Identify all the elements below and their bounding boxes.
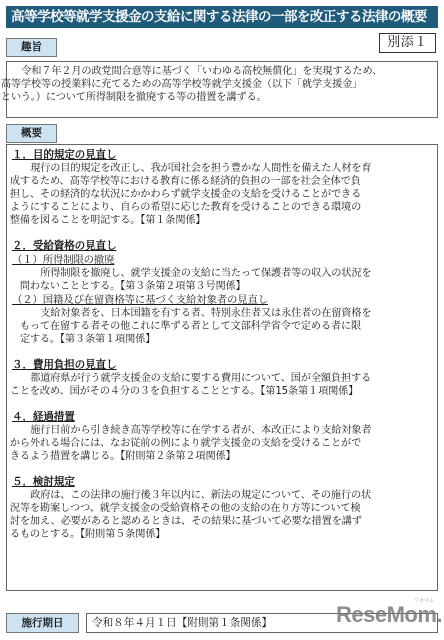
attachment-label: 別添１ xyxy=(379,33,436,53)
section-transitional-measures: ４．経過措置 施行日前から引き続き高等学校等に在学する者が、本改正により支給対象… xyxy=(16,410,430,463)
summary-label: 概要 xyxy=(6,124,57,143)
section-eligibility: ２．受給資格の見直し （１）所得制限の撤廃 所得制限を撤廃し、就学支援金の支給に… xyxy=(16,239,430,346)
effective-date-label: 施行期日 xyxy=(6,613,79,633)
summary-box: １．目的規定の見直し 現行の目的規定を改正し、我が国社会を担う豊かな人間性を備え… xyxy=(6,144,438,591)
section-heading: ２．受給資格の見直し xyxy=(12,239,430,253)
logo-text: ReseMom. xyxy=(336,602,442,627)
logo-ruby: リセマム xyxy=(414,598,434,604)
section-body: 施行日前から引き続き高等学校等に在学する者が、本改正により支給対象者 から外れる… xyxy=(20,424,430,463)
resemom-logo: ReseMom. リセマム xyxy=(336,600,440,630)
purpose-box: 令和７年２月の政党間合意等に基づく「いわゆる高校無償化」を実現するため、 高等学… xyxy=(6,61,438,118)
section-heading: ３．費用負担の見直し xyxy=(12,358,430,372)
section-body: 政府は、この法律の施行後３年以内に、新法の規定について、その施行の状 況等を勘案… xyxy=(20,489,430,541)
purpose-label: 趣旨 xyxy=(6,38,57,57)
purpose-text: 令和７年２月の政党間合意等に基づく「いわゆる高校無償化」を実現するため、 高等学… xyxy=(11,65,433,104)
subsection-heading: （２）国籍及び在留資格等に基づく支給対象者の見直し xyxy=(12,293,430,307)
subsection-heading: （１）所得制限の撤廃 xyxy=(12,253,430,267)
subsection-body: 所得制限を撤廃し、就学支援金の支給に当たって保護者等の収入の状況を 問わないこと… xyxy=(30,267,430,293)
section-heading: ５．検討規定 xyxy=(12,475,430,489)
section-cost-sharing: ３．費用負担の見直し 都道府県が行う就学支援金の支給に要する費用について、国が全… xyxy=(16,358,430,398)
subsection-body: 支給対象者を、日本国籍を有する者、特別永住者又は永住者の在留資格を もって在留す… xyxy=(30,307,430,346)
section-purpose-provision: １．目的規定の見直し 現行の目的規定を改正し、我が国社会を担う豊かな人間性を備え… xyxy=(16,148,430,227)
section-body: 現行の目的規定を改正し、我が国社会を担う豊かな人間性を備えた人材を育 成するため… xyxy=(20,162,430,227)
section-heading: ４．経過措置 xyxy=(12,410,430,424)
section-heading: １．目的規定の見直し xyxy=(12,148,430,162)
section-review-provision: ５．検討規定 政府は、この法律の施行後３年以内に、新法の規定について、その施行の… xyxy=(16,475,430,541)
section-body: 都道府県が行う就学支援金の支給に要する費用について、国が全額負担する ことを改め… xyxy=(20,372,430,398)
document-title: 高等学校等就学支援金の支給に関する法律の一部を改正する法律の概要 xyxy=(6,6,438,28)
